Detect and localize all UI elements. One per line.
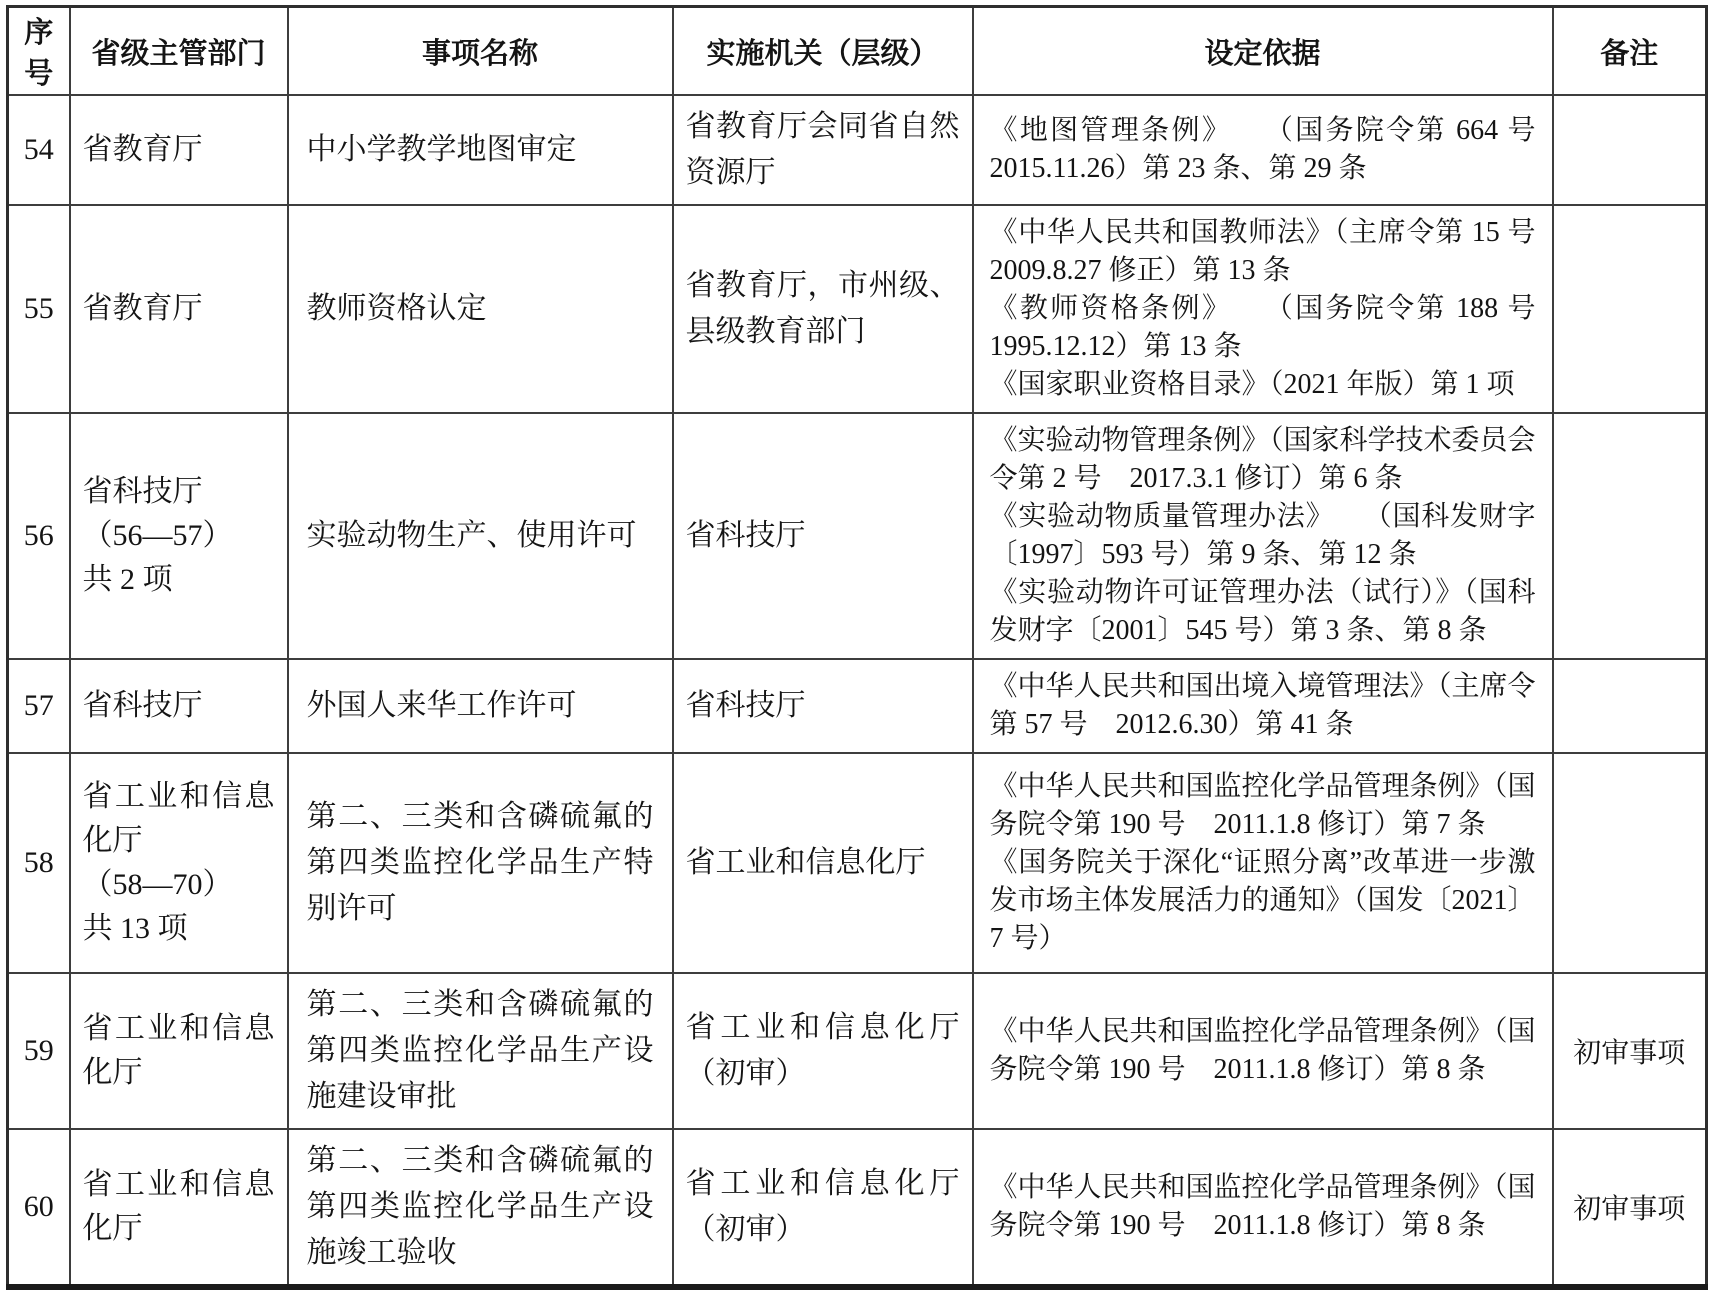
agency-text: 省教育厅，市州级、县级教育部门 (686, 263, 960, 355)
note-cell: 初审事项 (1553, 973, 1707, 1129)
seq-cell: 56 (8, 413, 70, 659)
basis-cell: 《地图管理条例》 （国务院令第 664 号 2015.11.26）第 23 条、… (973, 95, 1553, 205)
note-cell (1553, 205, 1707, 413)
agency-text: 省科技厅 (686, 683, 960, 729)
seq-cell: 59 (8, 973, 70, 1129)
item-text: 实验动物生产、使用许可 (307, 513, 654, 559)
seq-cell: 57 (8, 659, 70, 753)
agency-text: 省工业和信息化厅（初审） (686, 1005, 960, 1097)
table-row-56: 56省科技厅（56—57）共 2 项实验动物生产、使用许可省科技厅《实验动物管理… (8, 413, 1707, 659)
department-cell: 省教育厅 (70, 95, 288, 205)
seq-cell: 60 (8, 1129, 70, 1175)
basis-citation: 《中华人民共和国教师法》（主席令第 15 号 2009.8.27 修正）第 13… (990, 214, 1536, 290)
table-row-59: 59省工业和信息化厅第二、三类和含磷硫氟的第四类监控化学品生产设施建设审批省工业… (8, 973, 1707, 1129)
item-text: 第二、三类和含磷硫氟的第四类监控化学品生产特别许可 (307, 794, 654, 932)
agency-cell: 省科技厅 (673, 659, 973, 753)
item-text: 外国人来华工作许可 (307, 683, 654, 729)
basis-citation: 《中华人民共和国监控化学品管理条例》（国务院令第 190 号 2011.1.8 … (990, 768, 1536, 844)
item-cell: 第二、三类和含磷硫氟的第四类监控化学品生产设施竣工验收 (288, 1129, 673, 1175)
department-line: 省科技厅 (83, 470, 275, 514)
seq-cell: 55 (8, 205, 70, 413)
agency-cell: 省工业和信息化厅（初审） (673, 1129, 973, 1175)
basis-cell: 《中华人民共和国教师法》（主席令第 15 号 2009.8.27 修正）第 13… (973, 205, 1553, 413)
approval-items-table: 序号 省级主管部门 事项名称 实施机关（层级） 设定依据 备注 54省教育厅中小… (6, 5, 1708, 1175)
department-cell: 省工业和信息化厅（58—70）共 13 项 (70, 753, 288, 973)
item-cell: 第二、三类和含磷硫氟的第四类监控化学品生产设施建设审批 (288, 973, 673, 1129)
agency-cell: 省工业和信息化厅（初审） (673, 973, 973, 1129)
basis-cell: 《中华人民共和国监控化学品管理条例》（国务院令第 190 号 2011.1.8 … (973, 973, 1553, 1129)
department-line: 共 13 项 (83, 907, 275, 951)
department-line: 省工业和信息化厅 (83, 1007, 275, 1095)
seq-cell: 58 (8, 753, 70, 973)
basis-cell: 《实验动物管理条例》（国家科学技术委员会令第 2 号 2017.3.1 修订）第… (973, 413, 1553, 659)
department-cell: 省科技厅（56—57）共 2 项 (70, 413, 288, 659)
agency-cell: 省教育厅，市州级、县级教育部门 (673, 205, 973, 413)
department-line: 省工业和信息化厅 (83, 775, 275, 863)
department-line: 省教育厅 (83, 287, 275, 331)
seq-cell: 54 (8, 95, 70, 205)
item-cell: 实验动物生产、使用许可 (288, 413, 673, 659)
basis-citation: 《教师资格条例》 （国务院令第 188 号 1995.12.12）第 13 条 (990, 290, 1536, 366)
department-line: （58—70） (83, 863, 275, 907)
header-basis: 设定依据 (973, 7, 1553, 96)
note-cell (1553, 95, 1707, 205)
table-body: 54省教育厅中小学教学地图审定省教育厅会同省自然资源厅《地图管理条例》 （国务院… (8, 95, 1707, 1175)
header-row: 序号 省级主管部门 事项名称 实施机关（层级） 设定依据 备注 (8, 7, 1707, 96)
note-cell (1553, 413, 1707, 659)
header-department: 省级主管部门 (70, 7, 288, 96)
basis-cell: 《中华人民共和国监控化学品管理条例》（国务院令第 190 号 2011.1.8 … (973, 753, 1553, 973)
department-line: 省科技厅 (83, 684, 275, 728)
department-cell: 省工业和信息化厅 (70, 1129, 288, 1175)
basis-citation: 《地图管理条例》 （国务院令第 664 号 2015.11.26）第 23 条、… (990, 112, 1536, 188)
item-text: 第二、三类和含磷硫氟的第四类监控化学品生产设施建设审批 (307, 982, 654, 1120)
note-cell (1553, 753, 1707, 973)
agency-text: 省教育厅会同省自然资源厅 (686, 104, 960, 196)
basis-citation: 《中华人民共和国监控化学品管理条例》（国务院令第 190 号 2011.1.8 … (990, 1013, 1536, 1089)
basis-citation: 《国家职业资格目录》（2021 年版）第 1 项 (990, 366, 1536, 404)
header-note: 备注 (1553, 7, 1707, 96)
agency-cell: 省教育厅会同省自然资源厅 (673, 95, 973, 205)
basis-citation: 《中华人民共和国监控化学品管理条例》（国务院令第 190 号 2011.1.8 … (990, 1169, 1536, 1175)
header-agency: 实施机关（层级） (673, 7, 973, 96)
item-cell: 外国人来华工作许可 (288, 659, 673, 753)
basis-cell: 《中华人民共和国监控化学品管理条例》（国务院令第 190 号 2011.1.8 … (973, 1129, 1553, 1175)
basis-citation: 《实验动物质量管理办法》 （国科发财字〔1997〕593 号）第 9 条、第 1… (990, 498, 1536, 574)
department-cell: 省教育厅 (70, 205, 288, 413)
table-row-57: 57省科技厅外国人来华工作许可省科技厅《中华人民共和国出境入境管理法》（主席令第… (8, 659, 1707, 753)
agency-cell: 省科技厅 (673, 413, 973, 659)
item-text: 教师资格认定 (307, 286, 654, 332)
agency-cell: 省工业和信息化厅 (673, 753, 973, 973)
department-line: 省工业和信息化厅 (83, 1163, 275, 1175)
item-text: 中小学教学地图审定 (307, 127, 654, 173)
table-row-58: 58省工业和信息化厅（58—70）共 13 项第二、三类和含磷硫氟的第四类监控化… (8, 753, 1707, 973)
item-text: 第二、三类和含磷硫氟的第四类监控化学品生产设施竣工验收 (307, 1138, 654, 1175)
table-row-55: 55省教育厅教师资格认定省教育厅，市州级、县级教育部门《中华人民共和国教师法》（… (8, 205, 1707, 413)
table-row-60: 60省工业和信息化厅第二、三类和含磷硫氟的第四类监控化学品生产设施竣工验收省工业… (8, 1129, 1707, 1175)
agency-text: 省工业和信息化厅（初审） (686, 1161, 960, 1175)
note-cell: 初审事项 (1553, 1129, 1707, 1175)
department-line: 省教育厅 (83, 128, 275, 172)
department-line: （56—57） (83, 514, 275, 558)
basis-citation: 《国务院关于深化“证照分离”改革进一步激发市场主体发展活力的通知》（国发〔202… (990, 844, 1536, 958)
item-cell: 第二、三类和含磷硫氟的第四类监控化学品生产特别许可 (288, 753, 673, 973)
header-item-name: 事项名称 (288, 7, 673, 96)
basis-citation: 《中华人民共和国出境入境管理法》（主席令第 57 号 2012.6.30）第 4… (990, 668, 1536, 744)
department-line: 共 2 项 (83, 558, 275, 602)
department-cell: 省科技厅 (70, 659, 288, 753)
agency-text: 省科技厅 (686, 513, 960, 559)
department-cell: 省工业和信息化厅 (70, 973, 288, 1129)
item-cell: 中小学教学地图审定 (288, 95, 673, 205)
header-seq: 序号 (8, 7, 70, 96)
agency-text: 省工业和信息化厅 (686, 840, 960, 886)
basis-citation: 《实验动物管理条例》（国家科学技术委员会令第 2 号 2017.3.1 修订）第… (990, 422, 1536, 498)
item-cell: 教师资格认定 (288, 205, 673, 413)
table-row-54: 54省教育厅中小学教学地图审定省教育厅会同省自然资源厅《地图管理条例》 （国务院… (8, 95, 1707, 205)
basis-citation: 《实验动物许可证管理办法（试行）》（国科发财字〔2001〕545 号）第 3 条… (990, 574, 1536, 650)
basis-cell: 《中华人民共和国出境入境管理法》（主席令第 57 号 2012.6.30）第 4… (973, 659, 1553, 753)
note-cell (1553, 659, 1707, 753)
